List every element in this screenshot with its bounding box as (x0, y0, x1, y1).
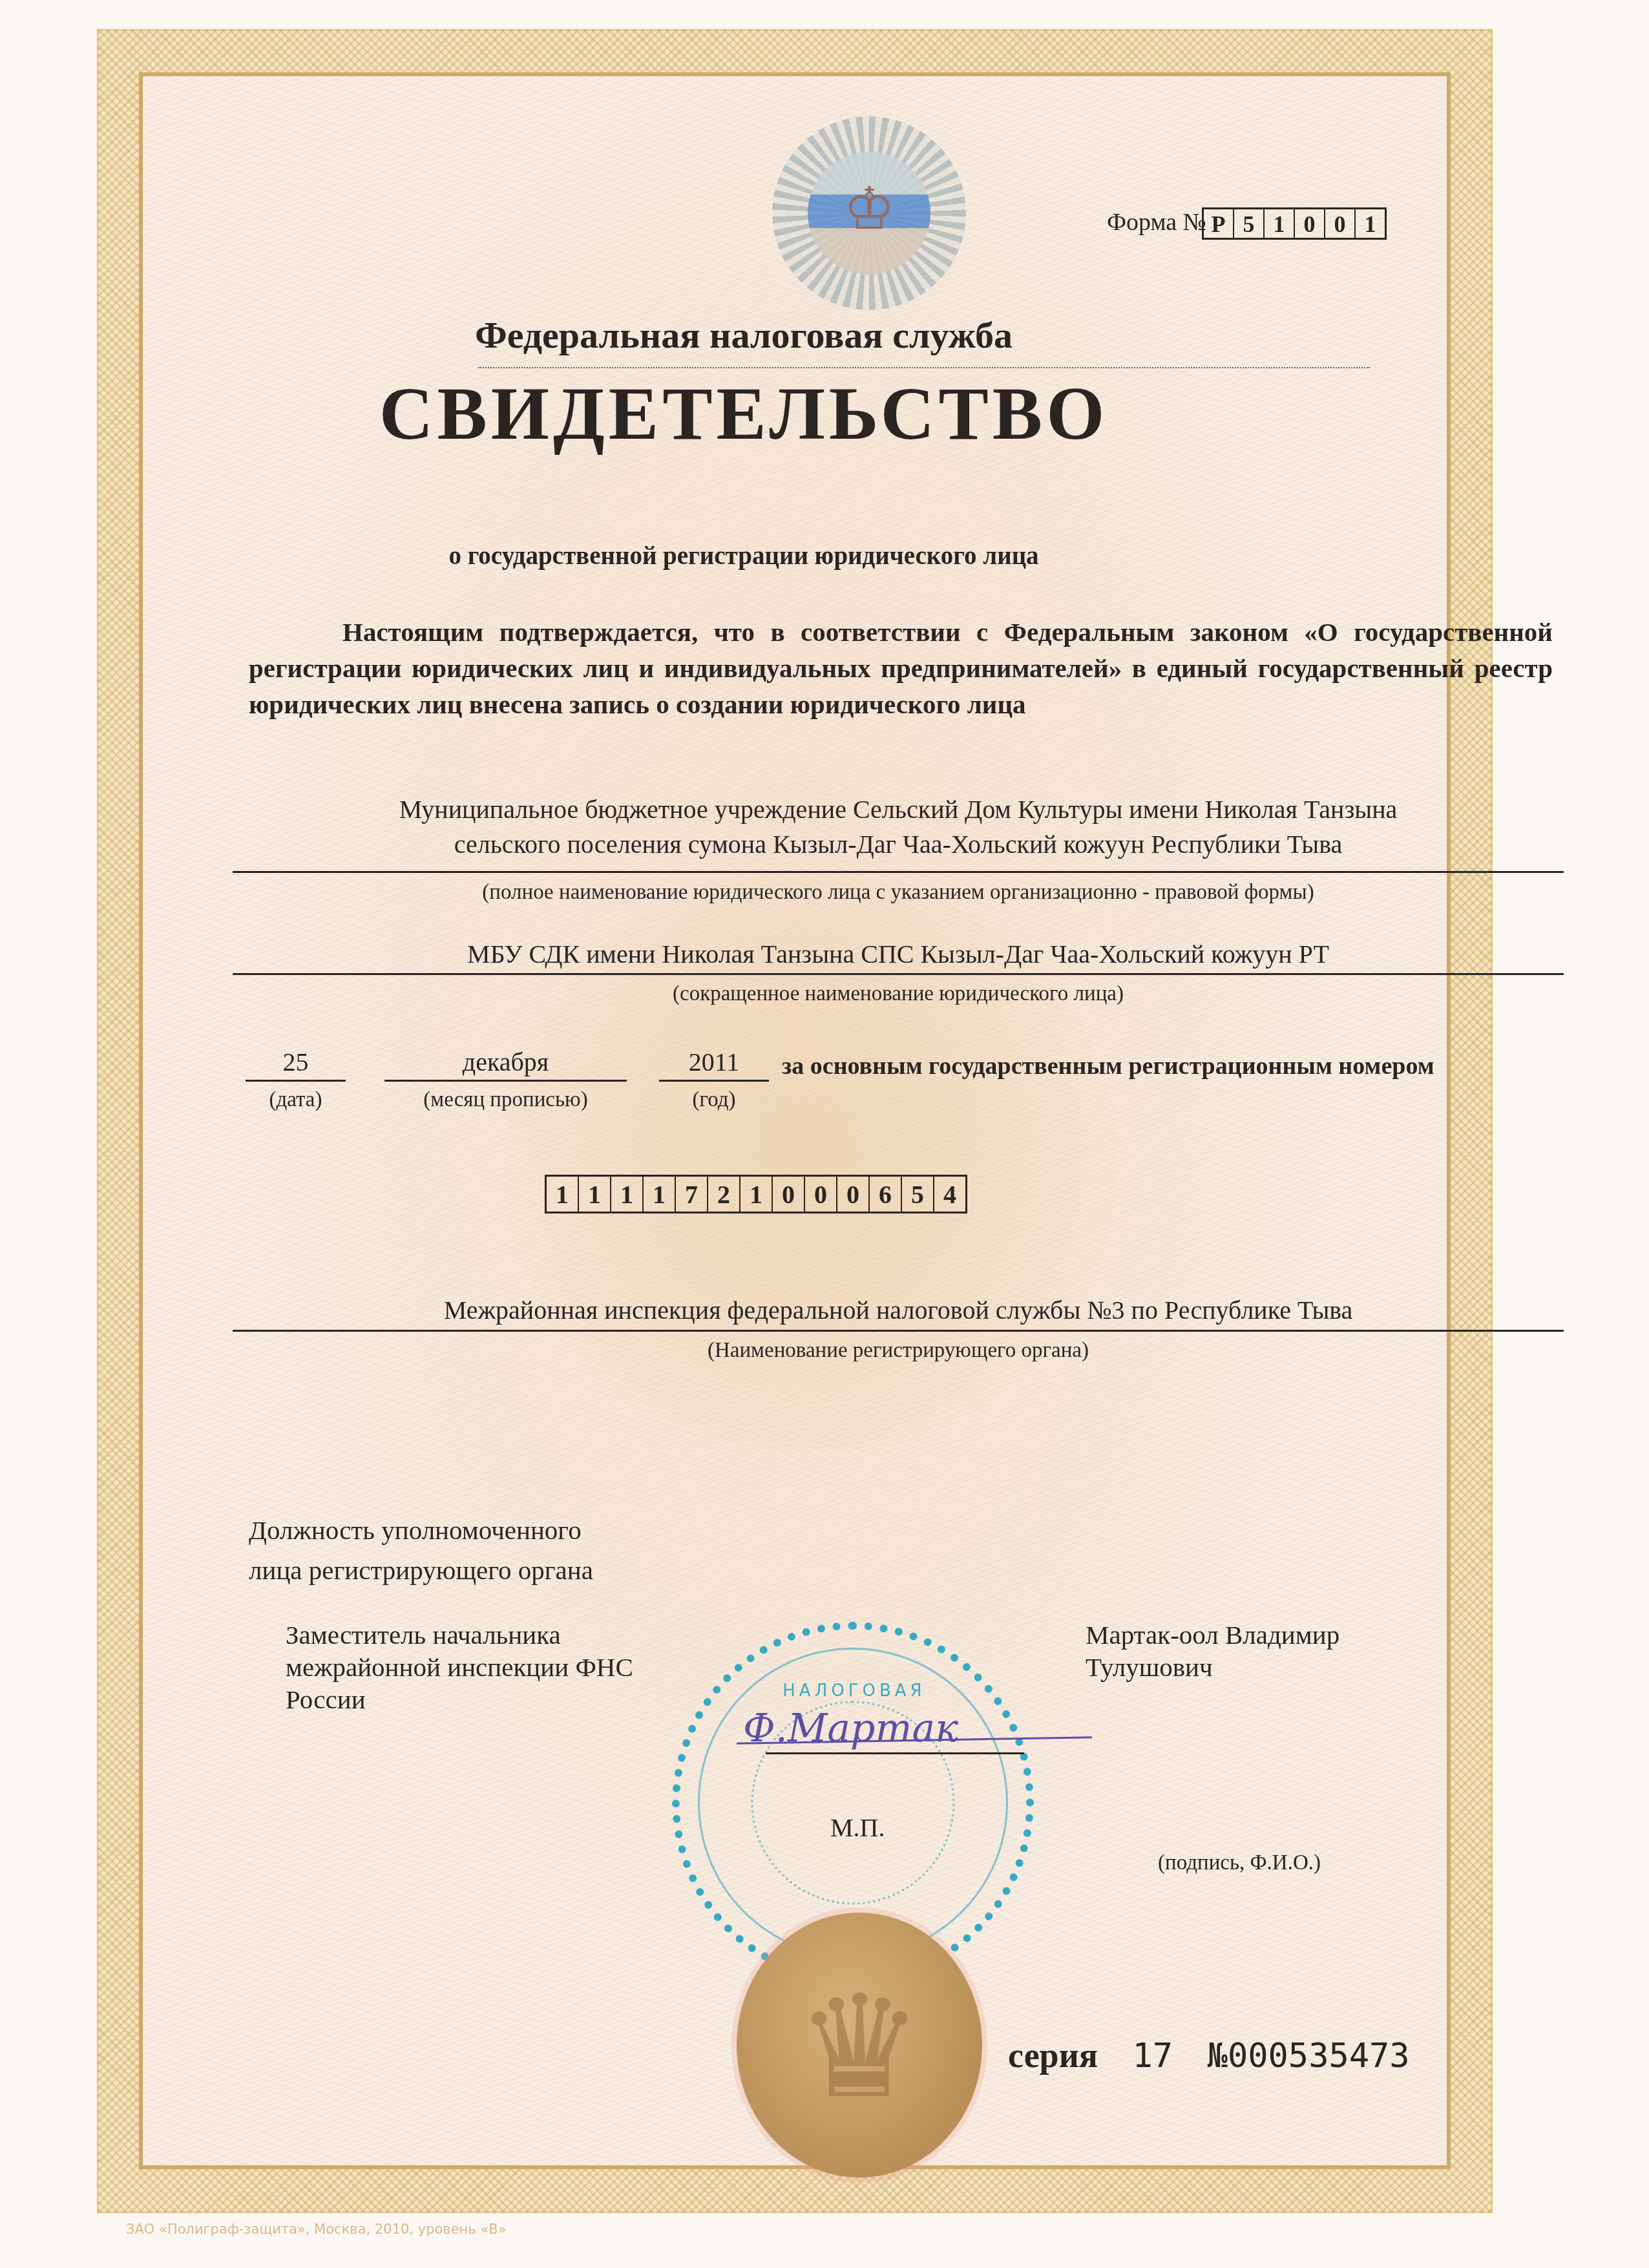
ogrn-digit: 5 (901, 1177, 933, 1212)
stamp-text: НАЛОГОВАЯ (757, 1681, 951, 1701)
eagle-emboss-icon: ♛ (737, 1964, 982, 2130)
ogrn-digit: 7 (675, 1177, 707, 1212)
full-name-caption: (полное наименование юридического лица с… (233, 881, 1564, 905)
position-line1: Заместитель начальника (286, 1619, 738, 1651)
form-number-digit: 1 (1354, 209, 1385, 238)
year-caption: (год) (659, 1088, 769, 1112)
day-caption: (дата) (246, 1088, 346, 1112)
year-value: 2011 (659, 1047, 769, 1082)
signatory-title-line2: лица регистрирующего органа (249, 1550, 766, 1590)
signatory-name: Мартак-оол Владимир Тулушович (1086, 1619, 1473, 1683)
month-caption: (месяц прописью) (384, 1088, 627, 1112)
full-name-line1: Муниципальное бюджетное учреждение Сельс… (233, 793, 1564, 826)
short-name: МБУ СДК имени Николая Танзына СПС Кызыл-… (233, 938, 1564, 971)
ogrn-digit: 6 (868, 1177, 901, 1212)
flag-emblem: ♔ (808, 152, 930, 275)
short-name-caption: (сокращенное наименование юридического л… (233, 982, 1564, 1006)
form-number-digit: 5 (1233, 209, 1263, 238)
authority-underline (233, 1330, 1564, 1332)
handwritten-signature: Ф.Мартак (743, 1706, 958, 1751)
ogrn-digit: 1 (642, 1177, 675, 1212)
ogrn-digit: 1 (610, 1177, 642, 1212)
ogrn-digit: 0 (772, 1177, 804, 1212)
agency-name: Федеральная налоговая служба (0, 313, 1568, 357)
ogrn-digit: 4 (933, 1177, 965, 1212)
authority-caption: (Наименование регистрирующего органа) (233, 1339, 1564, 1363)
date-month: декабря (месяц прописью) (384, 1047, 627, 1112)
signer-line1: Мартак-оол Владимир (1086, 1619, 1473, 1651)
position-line2: межрайонной инспекции ФНС (286, 1651, 738, 1683)
ogrn-digit: 1 (547, 1177, 578, 1212)
seal-place-label: М.П. (830, 1812, 885, 1843)
gold-seal-icon: ♛ (737, 1913, 982, 2178)
ogrn-boxes: 1111721000654 (545, 1175, 967, 1213)
printer-imprint: ЗАО «Полиграф-защита», Москва, 2010, уро… (126, 2221, 507, 2237)
series-value: 17 (1132, 2037, 1173, 2075)
page-title: СВИДЕТЕЛЬСТВО (0, 372, 1568, 457)
date-day: 25 (дата) (246, 1047, 346, 1112)
subtitle: о государственной регистрации юридическо… (0, 541, 1568, 571)
day-value: 25 (246, 1047, 346, 1082)
form-label: Форма № (1107, 208, 1206, 236)
short-name-underline (233, 973, 1564, 975)
form-number-digit: 0 (1324, 209, 1354, 238)
divider (478, 367, 1370, 368)
signature-caption: (подпись, Ф.И.О.) (1158, 1851, 1321, 1875)
month-value: декабря (384, 1047, 627, 1082)
paragraph-text: Настоящим подтверждается, что в соответс… (249, 617, 1553, 719)
hologram-emblem-icon: ♔ (772, 116, 966, 310)
form-number-digit: Р (1204, 209, 1233, 238)
eagle-icon: ♔ (843, 171, 895, 249)
signature-line (766, 1752, 1024, 1754)
position-line3: России (286, 1683, 738, 1716)
signatory-title-line1: Должность уполномоченного (249, 1510, 766, 1550)
form-number-boxes: Р51001 (1202, 207, 1387, 240)
ogrn-intro: за основным государственным регистрацион… (782, 1052, 1434, 1080)
ogrn-digit: 0 (804, 1177, 836, 1212)
certification-paragraph: Настоящим подтверждается, что в соответс… (249, 614, 1553, 722)
ogrn-digit: 1 (578, 1177, 610, 1212)
form-number-digit: 1 (1263, 209, 1294, 238)
full-name-line2: сельского поселения сумона Кызыл-Даг Чаа… (233, 828, 1564, 861)
series-label: серия (1008, 2036, 1098, 2075)
full-name-underline (233, 871, 1564, 873)
signatory-title: Должность уполномоченного лица регистрир… (249, 1510, 766, 1590)
ogrn-digit: 2 (707, 1177, 739, 1212)
registering-authority: Межрайонная инспекция федеральной налого… (233, 1294, 1564, 1327)
ogrn-digit: 0 (836, 1177, 868, 1212)
serial-number: №000535473 (1208, 2037, 1410, 2075)
form-number-digit: 0 (1294, 209, 1324, 238)
ogrn-digit: 1 (739, 1177, 772, 1212)
signer-line2: Тулушович (1086, 1651, 1473, 1683)
series-number: серия 17 №000535473 (1008, 2035, 1410, 2075)
signatory-position: Заместитель начальника межрайонной инспе… (286, 1619, 738, 1716)
date-year: 2011 (год) (659, 1047, 769, 1112)
